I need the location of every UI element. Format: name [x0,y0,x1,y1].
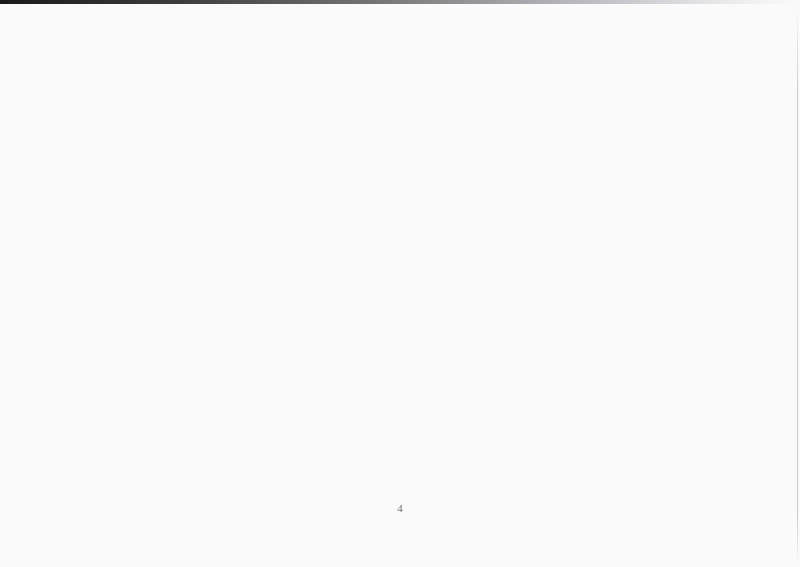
scan-edge-right [797,6,798,562]
document-page: { "page": { "number": "4" }, "awards_tab… [0,0,800,567]
scan-edge-top [0,0,800,4]
page-number: 4 [0,503,800,515]
